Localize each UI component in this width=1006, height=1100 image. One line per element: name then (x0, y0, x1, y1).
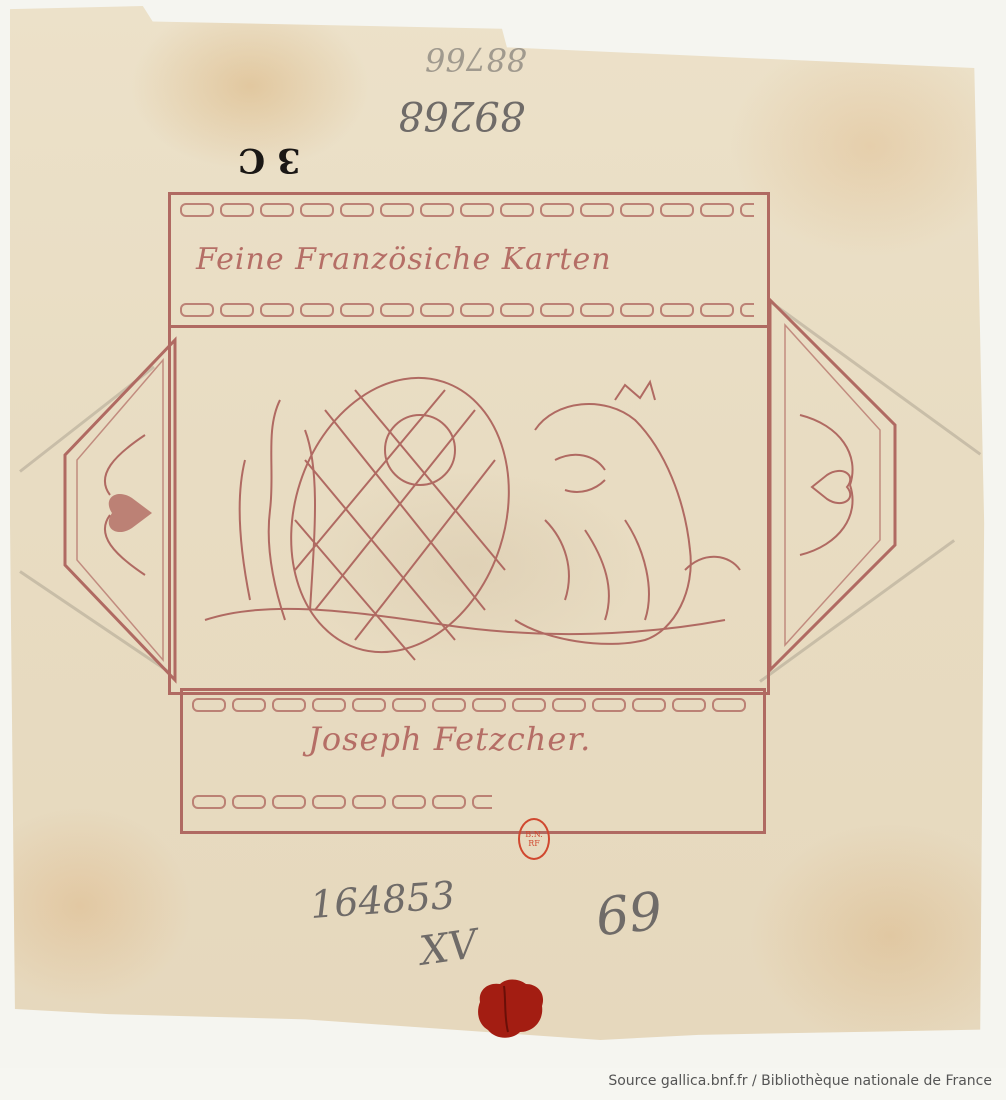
lion-and-coat-of-arms-illustration (185, 370, 745, 680)
pencil-inventory-number: 88766 (425, 40, 527, 78)
maker-name: Joseph Fetzcher. (308, 720, 591, 758)
decorative-chain-border (180, 303, 754, 317)
pencil-roman-numeral: XV (417, 921, 480, 975)
decorative-chain-border (192, 698, 752, 712)
top-banner-title: Feine Französiche Karten (196, 242, 612, 277)
pencil-inventory-number: 89268 (398, 92, 525, 138)
source-caption: Source gallica.bnf.fr / Bibliothèque nat… (608, 1073, 992, 1089)
ink-annotation: 3 C (238, 140, 301, 180)
left-side-panel (55, 335, 185, 685)
right-side-panel (760, 295, 910, 675)
red-wax-seal (474, 976, 548, 1042)
decorative-chain-border (192, 795, 492, 809)
library-stamp: B.N. RF (518, 818, 550, 860)
decorative-chain-border (180, 203, 754, 217)
document-viewer: 3 C 88766 89268 Feine Französiche Karten (0, 0, 1006, 1068)
pencil-page-number: 69 (593, 882, 665, 949)
